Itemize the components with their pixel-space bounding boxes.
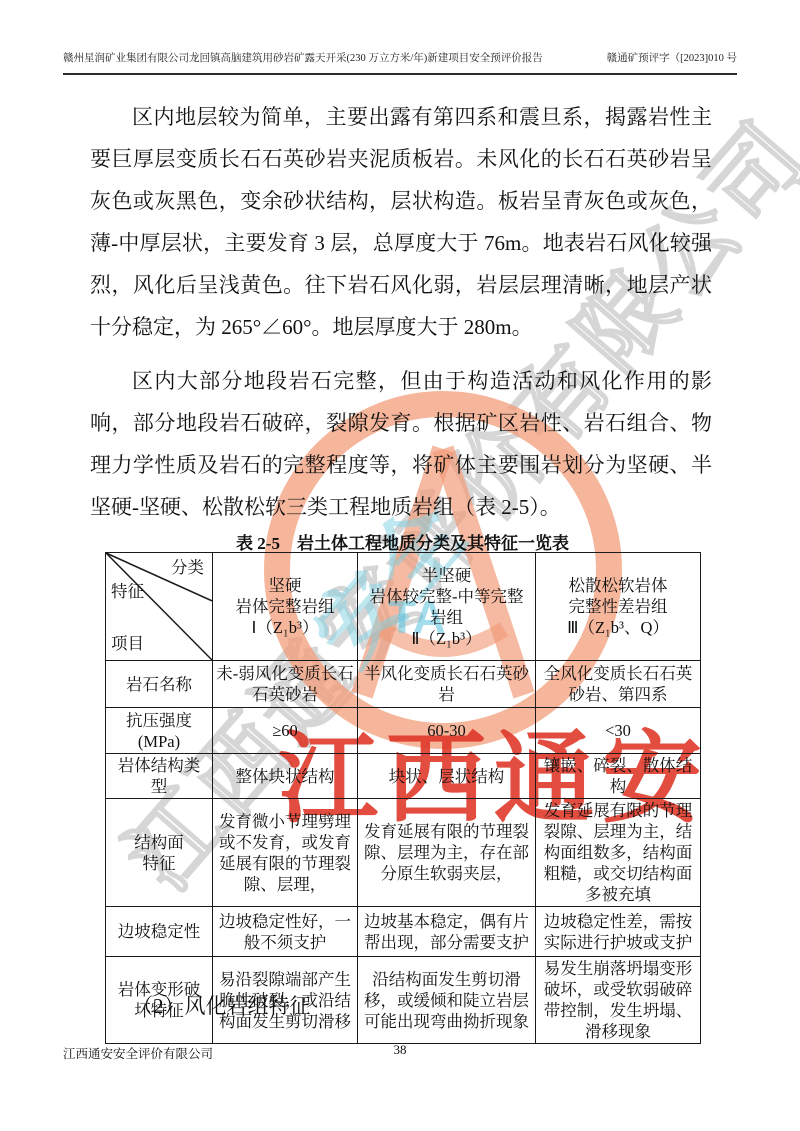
row-label: 岩体结构类 型: [106, 754, 213, 799]
row-label: 抗压强度 (MPa): [106, 708, 213, 754]
header-divider: [63, 73, 737, 75]
table-row: 边坡稳定性 边坡稳定性好，一般不须支护 边坡基本稳定，偶有片帮出现，部分需要支护…: [106, 907, 701, 957]
column-header-hard: 坚硬 岩体完整岩组 Ⅰ（Z₁b³）: [213, 553, 358, 661]
table-cell: 未-弱风化变质长石石英砂岩: [213, 661, 358, 708]
table-header-row: 分类 特征 项目 坚硬 岩体完整岩组 Ⅰ（Z₁b³） 半坚硬 岩体较完整-中等完…: [106, 553, 701, 661]
table-cell: 块状、层状结构: [358, 754, 536, 799]
body-text: 区内地层较为简单，主要出露有第四系和震旦系，揭露岩性主要巨厚层变质长石石英砂岩夹…: [90, 96, 712, 528]
row-label: 边坡稳定性: [106, 907, 213, 957]
paragraph-geology: 区内地层较为简单，主要出露有第四系和震旦系，揭露岩性主要巨厚层变质长石石英砂岩夹…: [90, 96, 712, 348]
corner-label-feature: 特征: [111, 581, 144, 602]
table-cell: 整体块状结构: [213, 754, 358, 799]
table-cell: 60-30: [358, 708, 536, 754]
column-header-semi-hard: 半坚硬 岩体较完整-中等完整 岩组 Ⅱ（Z₁b³）: [358, 553, 536, 661]
footer-page-number: 38: [0, 1042, 800, 1058]
row-label: 结构面 特征: [106, 799, 213, 907]
table-cell: 半风化变质长石石英砂岩: [358, 661, 536, 708]
table-cell: 边坡基本稳定，偶有片帮出现，部分需要支护: [358, 907, 536, 957]
table-cell: 镶嵌、碎裂、散体结构: [536, 754, 701, 799]
page-header: 赣州星润矿业集团有限公司龙回镇高脑建筑用砂岩矿露天开采(230 万立方米/年)新…: [63, 50, 737, 65]
subheading-weathered-rock: （2）风化岩组特征: [90, 990, 712, 1020]
header-report-title: 赣州星润矿业集团有限公司龙回镇高脑建筑用砂岩矿露天开采(230 万立方米/年)新…: [63, 50, 543, 65]
table-cell: ≥60: [213, 708, 358, 754]
table-caption: 表 2-5 岩土体工程地质分类及其特征一览表: [105, 529, 700, 554]
table-row: 结构面 特征 发育微小节理劈理或不发育，或发育延展有限的节理裂隙、层理， 发育延…: [106, 799, 701, 907]
row-label: 岩石名称: [106, 661, 213, 708]
corner-label-class: 分类: [171, 557, 204, 578]
table-row: 岩石名称 未-弱风化变质长石石英砂岩 半风化变质长石石英砂岩 全风化变质长石石英…: [106, 661, 701, 708]
table-cell: 全风化变质长石石英砂岩、第四系: [536, 661, 701, 708]
table-corner-cell: 分类 特征 项目: [106, 553, 213, 661]
paragraph-rock-classification: 区内大部分地段岩石完整，但由于构造活动和风化作用的影响，部分地段岩石破碎，裂隙发…: [90, 360, 712, 528]
table-cell: 边坡稳定性差，需按实际进行护坡或支护: [536, 907, 701, 957]
table-row: 岩体结构类 型 整体块状结构 块状、层状结构 镶嵌、碎裂、散体结构: [106, 754, 701, 799]
table-cell: 边坡稳定性好，一般不须支护: [213, 907, 358, 957]
rock-classification-table: 分类 特征 项目 坚硬 岩体完整岩组 Ⅰ（Z₁b³） 半坚硬 岩体较完整-中等完…: [105, 552, 701, 1044]
column-header-loose-soft: 松散松软岩体 完整性差岩组 Ⅲ（Z₁b³、Q）: [536, 553, 701, 661]
corner-label-item: 项目: [111, 633, 144, 654]
table-cell: 发育延展有限的节理裂隙、层理为主，存在部分原生软弱夹层，: [358, 799, 536, 907]
table-cell: <30: [536, 708, 701, 754]
table-cell: 发育微小节理劈理或不发育，或发育延展有限的节理裂隙、层理，: [213, 799, 358, 907]
table-row: 抗压强度 (MPa) ≥60 60-30 <30: [106, 708, 701, 754]
header-document-number: 赣通矿预评字（[2023]010 号: [607, 50, 737, 65]
table-cell: 发育延展有限的节理裂隙、层理为主，结构面组数多，结构面粗糙，或交切结构面多被充填: [536, 799, 701, 907]
